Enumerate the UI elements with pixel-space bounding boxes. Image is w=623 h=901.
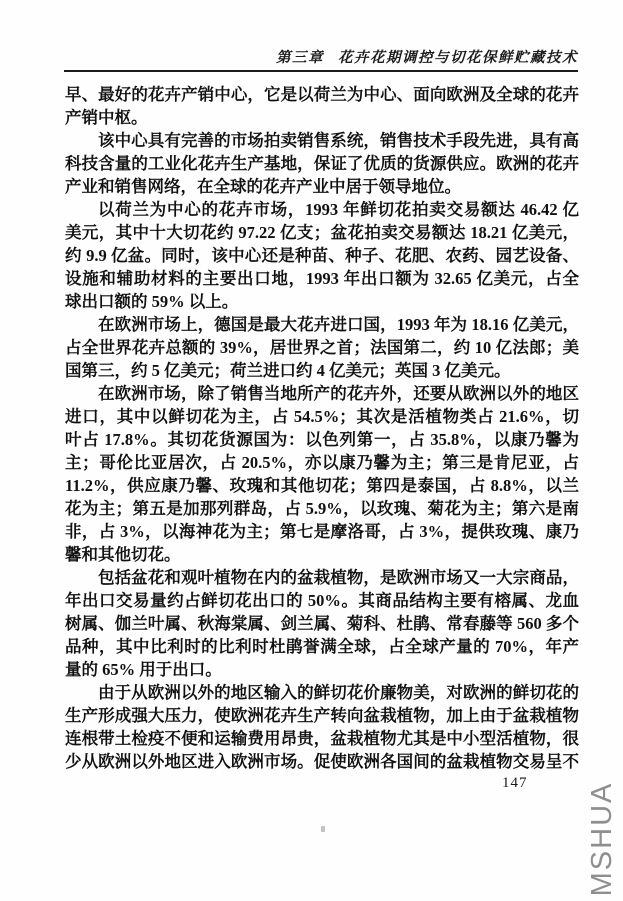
text-line: 美元，其中十大切花约 97.22 亿支；盆花拍卖交易额达 18.21 亿美元，	[65, 221, 579, 244]
scanned-book-page: 第三章花卉花期调控与切花保鲜贮藏技术 早、最好的花卉产销中心，它是以荷兰为中心、…	[0, 0, 623, 901]
body-text: 早、最好的花卉产销中心，它是以荷兰为中心、面向欧洲及全球的花卉产销中枢。该中心具…	[65, 83, 579, 773]
text-line: 产业和销售网络，在全球的花卉产业中居于领导地位。	[65, 175, 579, 198]
text-line: 进口，其中以鲜切花为主，占 54.5%；其次是活植物类占 21.6%，切	[65, 405, 579, 428]
scan-artifact-speck	[321, 826, 325, 832]
running-header: 第三章花卉花期调控与切花保鲜贮藏技术	[64, 46, 578, 67]
text-line: 包括盆花和观叶植物在内的盆栽植物，是欧洲市场又一大宗商品，	[65, 566, 579, 589]
text-line: 连根带土检疫不便和运输费用昂贵，盆栽植物尤其是中小型活植物，很	[65, 727, 579, 750]
text-line: 产销中枢。	[65, 106, 579, 129]
chapter-title: 花卉花期调控与切花保鲜贮藏技术	[338, 50, 578, 66]
text-line: 馨和其他切花。	[65, 543, 579, 566]
text-line: 花为主；第五是加那列群岛，占 5.9%，以玫瑰、菊花为主；第六是南	[65, 497, 579, 520]
text-line: 由于从欧洲以外的地区输入的鲜切花价廉物美，对欧洲的鲜切花的	[65, 681, 579, 704]
text-line: 11.2%，供应康乃馨、玫瑰和其他切花；第四是泰国，占 8.8%，以兰	[65, 474, 579, 497]
text-line: 约 9.9 亿盆。同时，该中心还是种苗、种子、花肥、农药、园艺设备、	[65, 244, 579, 267]
text-line: 主；哥伦比亚居次，占 20.5%，亦以康乃馨为主；第三是肯尼亚，占	[65, 451, 579, 474]
text-line: 非，占 3%，以海神花为主；第七是摩洛哥，占 3%，提供玫瑰、康乃	[65, 520, 579, 543]
text-line: 占全世界花卉总额的 39%，居世界之首；法国第二，约 10 亿法郎；美	[65, 336, 579, 359]
chapter-number: 第三章	[276, 50, 324, 66]
watermark-text: MSHUA	[586, 779, 618, 899]
text-line: 设施和辅助材料的主要出口地，1993 年出口额为 32.65 亿美元，占全	[65, 267, 579, 290]
text-line: 少从欧洲以外地区进入欧洲市场。促使欧洲各国间的盆栽植物交易呈不	[65, 750, 579, 773]
text-line: 生产形成强大压力，使欧洲花卉生产转向盆栽植物，加上由于盆栽植物	[65, 704, 579, 727]
text-line: 品种，其中比利时的比利时杜鹃誉满全球，占全球产量的 70%，年产	[65, 635, 579, 658]
header-rule	[64, 70, 578, 72]
text-line: 叶占 17.8%。其切花货源国为：以色列第一，占 35.8%，以康乃馨为	[65, 428, 579, 451]
text-line: 在欧洲市场上，德国是最大花卉进口国，1993 年为 18.16 亿美元，	[65, 313, 579, 336]
text-line: 国第三，约 5 亿美元；荷兰进口约 4 亿美元；英国 3 亿美元。	[65, 359, 579, 382]
text-line: 该中心具有完善的市场拍卖销售系统，销售技术手段先进，具有高	[65, 129, 579, 152]
text-line: 以荷兰为中心的花卉市场，1993 年鲜切花拍卖交易额达 46.42 亿	[65, 198, 579, 221]
text-line: 年出口交易量约占鲜切花出口的 50%。其商品结构主要有榕属、龙血	[65, 589, 579, 612]
text-line: 早、最好的花卉产销中心，它是以荷兰为中心、面向欧洲及全球的花卉	[65, 83, 579, 106]
text-line: 科技含量的工业化花卉生产基地，保证了优质的货源供应。欧洲的花卉	[65, 152, 579, 175]
text-line: 球出口额的 59% 以上。	[65, 290, 579, 313]
text-line: 量的 65% 用于出口。	[65, 658, 579, 681]
text-line: 树属、伽兰叶属、秋海棠属、剑兰属、菊科、杜鹃、常春藤等 560 多个	[65, 612, 579, 635]
text-line: 在欧洲市场，除了销售当地所产的花卉外，还要从欧洲以外的地区	[65, 382, 579, 405]
page-number: 147	[502, 775, 528, 792]
